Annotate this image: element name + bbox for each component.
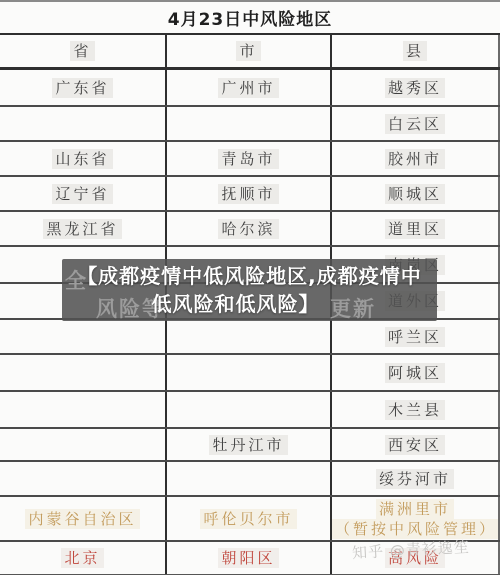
table-row: 山东省 青岛市 胶州市 — [0, 142, 500, 177]
cell-province: 广东省 — [0, 70, 165, 105]
column-header-city: 市 — [165, 35, 330, 67]
caption-overlay: 全 风险等 更新 【成都疫情中低风险地区,成都疫情中 低风险和低风险】 — [62, 259, 437, 321]
cell-province — [0, 320, 165, 353]
cell-province — [0, 107, 165, 140]
overlay-caption-line2: 低风险和低风险】 — [48, 290, 423, 318]
overlay-caption: 【成都疫情中低风险地区,成都疫情中 低风险和低风险】 — [62, 259, 437, 321]
table-row: 广东省 广州市 越秀区 — [0, 70, 500, 107]
cell-province: 辽宁省 — [0, 177, 165, 210]
table-row: 黑龙江省 哈尔滨 道里区 — [0, 212, 500, 247]
cell-county: 胶州市 — [330, 142, 500, 175]
cell-province — [0, 462, 165, 495]
table-row: 阿城区 — [0, 355, 500, 392]
table-row: 木兰县 — [0, 392, 500, 429]
table-title: 4月23日中风险地区 — [0, 2, 500, 35]
cell-city: 牡丹江市 — [165, 429, 330, 460]
cell-city: 哈尔滨 — [165, 212, 330, 245]
cell-city — [165, 320, 330, 353]
cell-city: 呼伦贝尔市 — [165, 497, 330, 540]
cell-county: 阿城区 — [330, 355, 500, 390]
cell-province: 黑龙江省 — [0, 212, 165, 245]
risk-area-table-image: 4月23日中风险地区 省 市 县 广东省 广州市 越秀区 白云区 山东省 青岛市… — [0, 0, 500, 575]
table-row: 白云区 — [0, 107, 500, 142]
cell-county: 绥芬河市 — [330, 462, 500, 495]
cell-province: 内蒙谷自治区 — [0, 497, 165, 540]
cell-city — [165, 392, 330, 427]
cell-province — [0, 429, 165, 460]
overlay-caption-line1: 【成都疫情中低风险地区,成都疫情中 — [62, 262, 437, 290]
table-row: 绥芬河市 — [0, 462, 500, 497]
cell-city: 抚顺市 — [165, 177, 330, 210]
cell-county: 白云区 — [330, 107, 500, 140]
cell-city: 广州市 — [165, 70, 330, 105]
cell-county: 西安区 — [330, 429, 500, 460]
table-row: 牡丹江市 西安区 — [0, 429, 500, 462]
cell-city — [165, 107, 330, 140]
cell-province: 北京 — [0, 542, 165, 574]
table-row: 呼兰区 — [0, 320, 500, 355]
cell-city: 青岛市 — [165, 142, 330, 175]
table-header-row: 省 市 县 — [0, 35, 500, 70]
cell-city — [165, 462, 330, 495]
cell-province — [0, 355, 165, 390]
cell-city: 朝阳区 — [165, 542, 330, 574]
cell-county: 呼兰区 — [330, 320, 500, 353]
cell-county: 顺城区 — [330, 177, 500, 210]
cell-city — [165, 355, 330, 390]
cell-province — [0, 392, 165, 427]
table-row-inner-mongolia: 内蒙谷自治区 呼伦贝尔市 满洲里市 （暂按中风险管理） — [0, 497, 500, 542]
table-row: 辽宁省 抚顺市 顺城区 — [0, 177, 500, 212]
cell-county: 满洲里市 （暂按中风险管理） — [330, 497, 500, 540]
cell-county: 越秀区 — [330, 70, 500, 105]
cell-county: 道里区 — [330, 212, 500, 245]
column-header-county: 县 — [330, 35, 500, 67]
cell-province: 山东省 — [0, 142, 165, 175]
column-header-province: 省 — [0, 35, 165, 67]
cell-county: 木兰县 — [330, 392, 500, 427]
